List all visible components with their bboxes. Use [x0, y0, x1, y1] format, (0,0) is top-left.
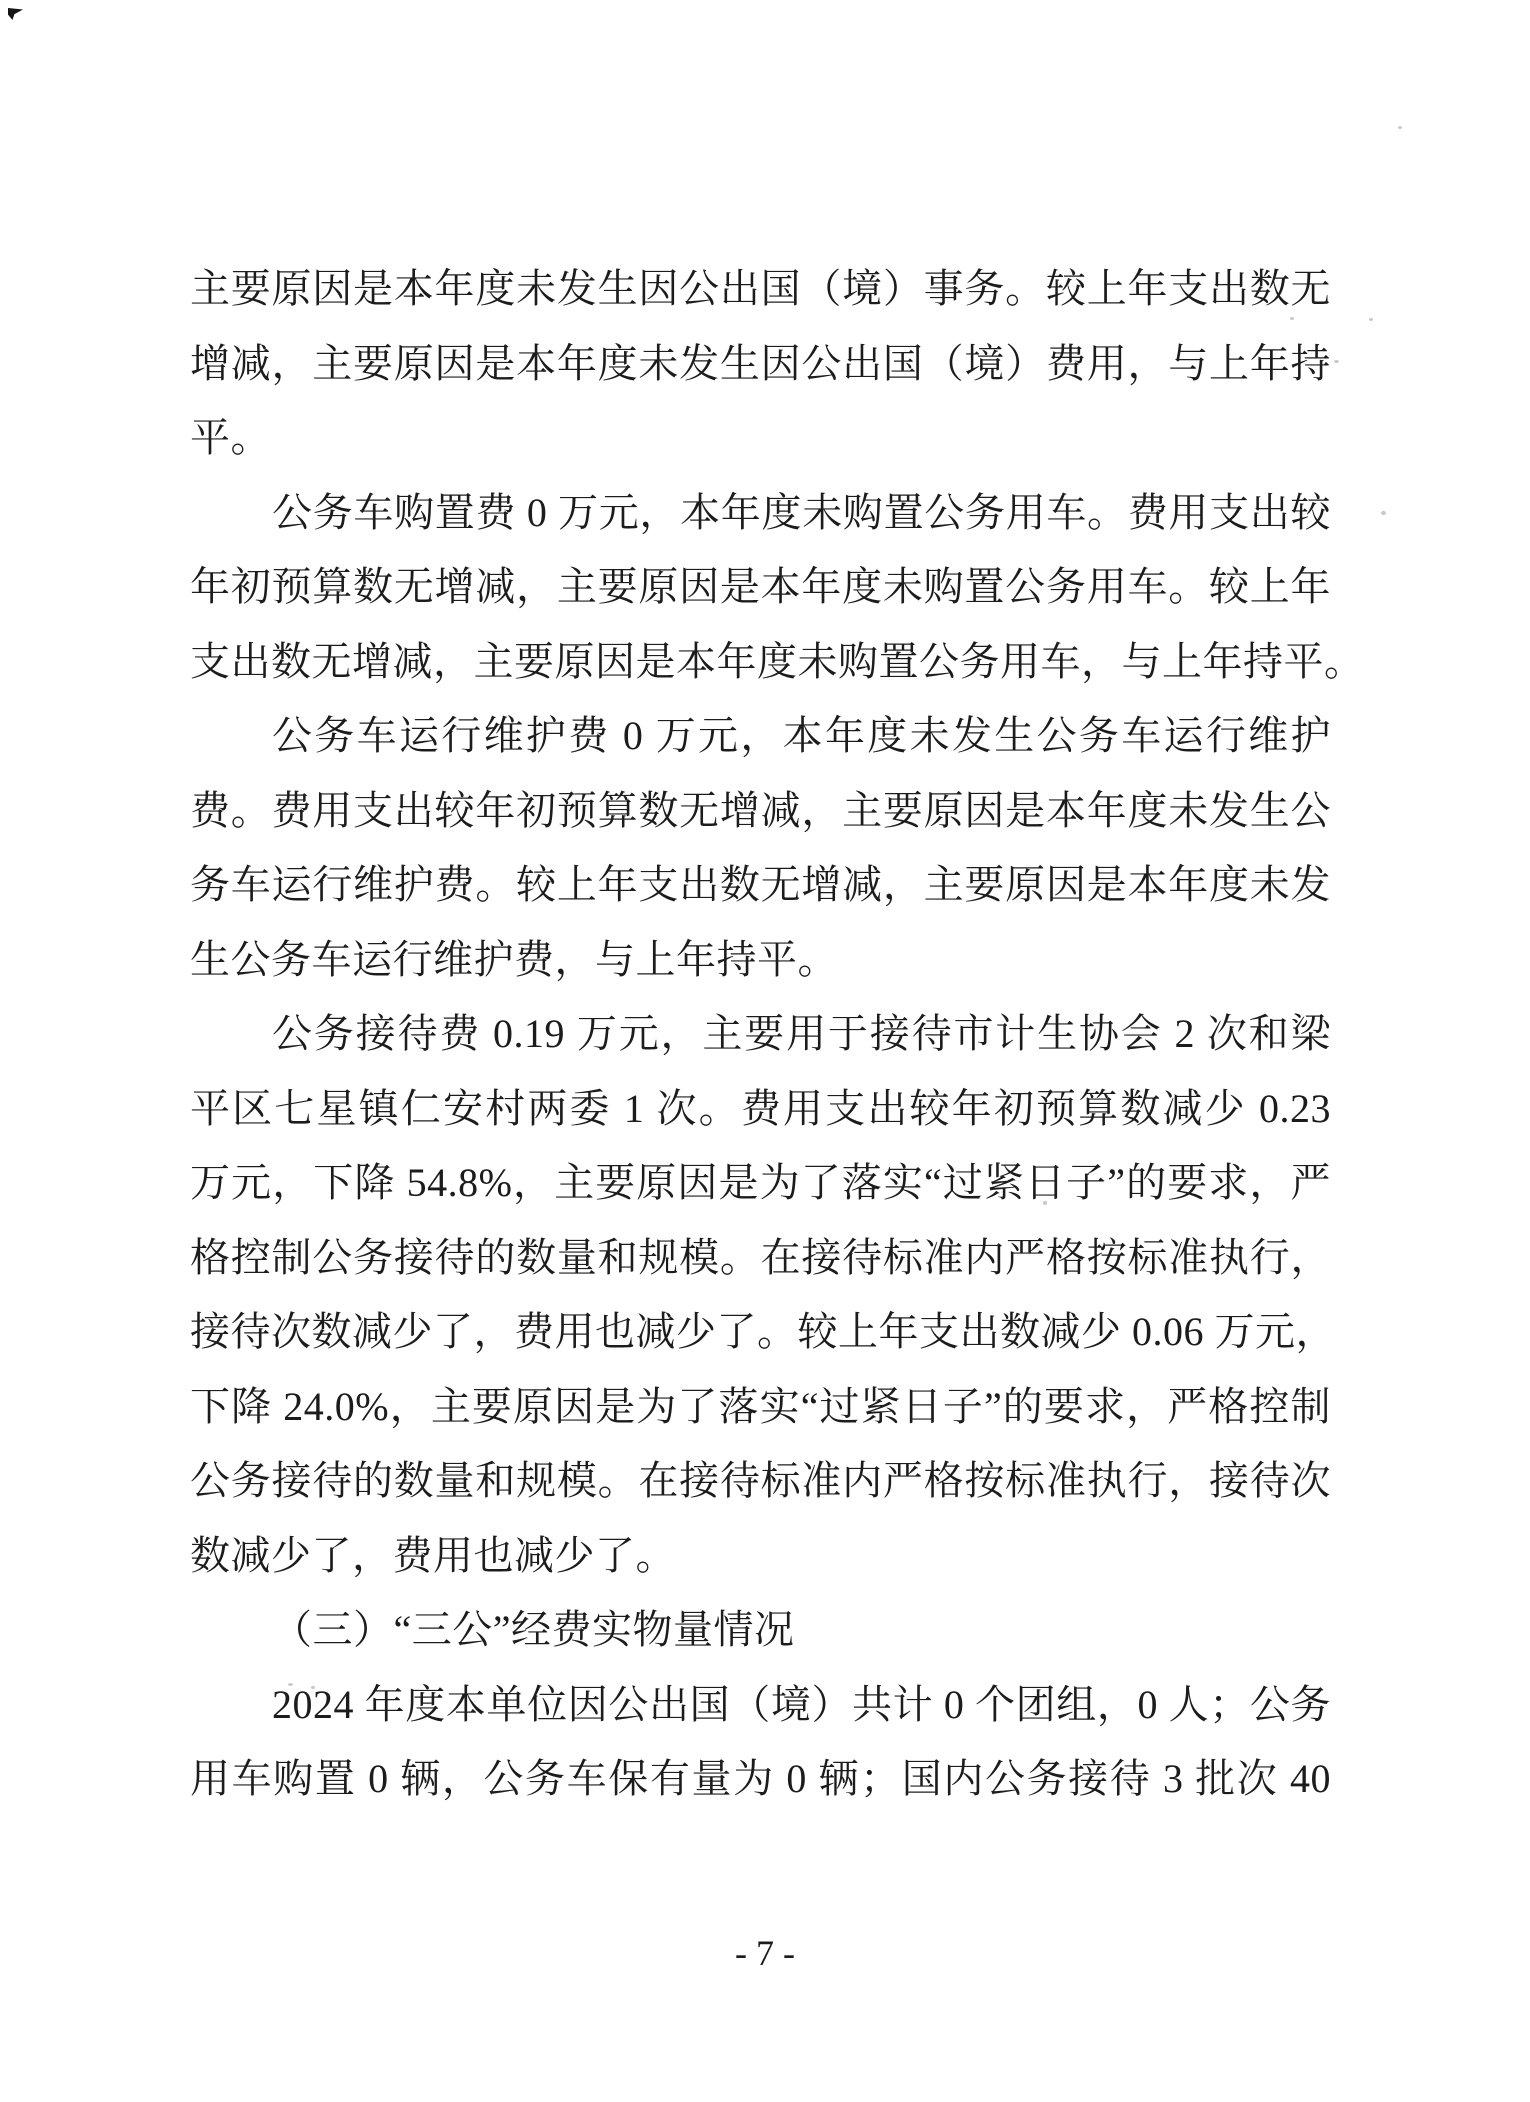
text-line: 2024 年度本单位因公出国（境）共计 0 个团组，0 人；公务 [190, 1668, 1331, 1743]
text-line: 公务接待的数量和规模。在接待标准内严格按标准执行，接待次 [190, 1444, 1331, 1519]
text-line: 万元，下降 54.8%，主要原因是为了落实“过紧日子”的要求，严 [190, 1146, 1331, 1221]
text-line: 公务车运行维护费 0 万元，本年度未发生公务车运行维护 [190, 699, 1331, 774]
scan-speck [1381, 511, 1386, 515]
text-line: 主要原因是本年度未发生因公出国（境）事务。较上年支出数无 [190, 252, 1331, 327]
text-line: 公务接待费 0.19 万元，主要用于接待市计生协会 2 次和梁 [190, 997, 1331, 1072]
scan-speck [1334, 360, 1339, 363]
scan-speck [1043, 1201, 1047, 1205]
text-line: 公务车购置费 0 万元，本年度未购置公务用车。费用支出较 [190, 476, 1331, 551]
scan-speck [1398, 126, 1402, 129]
page-number: - 7 - [0, 1932, 1530, 1974]
text-line: 用车购置 0 辆，公务车保有量为 0 辆；国内公务接待 3 批次 40 [190, 1742, 1331, 1817]
text-line: 平。 [190, 401, 1331, 476]
text-line: 支出数无增减，主要原因是本年度未购置公务用车，与上年持平。 [190, 625, 1331, 700]
text-line: 增减，主要原因是本年度未发生因公出国（境）费用，与上年持 [190, 327, 1331, 402]
text-line: 年初预算数无增减，主要原因是本年度未购置公务用车。较上年 [190, 550, 1331, 625]
scan-speck [288, 1683, 293, 1686]
body-text: 主要原因是本年度未发生因公出国（境）事务。较上年支出数无 增减，主要原因是本年度… [190, 252, 1331, 1817]
section-heading: （三）“三公”经费实物量情况 [190, 1593, 1331, 1668]
scan-speck [311, 1686, 315, 1689]
text-line: 接待次数减少了，费用也减少了。较上年支出数减少 0.06 万元， [190, 1295, 1331, 1370]
text-line: 格控制公务接待的数量和规模。在接待标准内严格按标准执行， [190, 1221, 1331, 1296]
text-line: 平区七星镇仁安村两委 1 次。费用支出较年初预算数减少 0.23 [190, 1072, 1331, 1147]
scanned-document-page: 主要原因是本年度未发生因公出国（境）事务。较上年支出数无 增减，主要原因是本年度… [0, 0, 1530, 2102]
scan-speck [1369, 318, 1373, 321]
scan-corner-artifact [8, 8, 23, 20]
text-line: 生公务车运行维护费，与上年持平。 [190, 923, 1331, 998]
text-line: 下降 24.0%，主要原因是为了落实“过紧日子”的要求，严格控制 [190, 1370, 1331, 1445]
scan-speck [1290, 317, 1294, 320]
text-line: 务车运行维护费。较上年支出数无增减，主要原因是本年度未发 [190, 848, 1331, 923]
text-line: 费。费用支出较年初预算数无增减，主要原因是本年度未发生公 [190, 774, 1331, 849]
text-line: 数减少了，费用也减少了。 [190, 1519, 1331, 1594]
